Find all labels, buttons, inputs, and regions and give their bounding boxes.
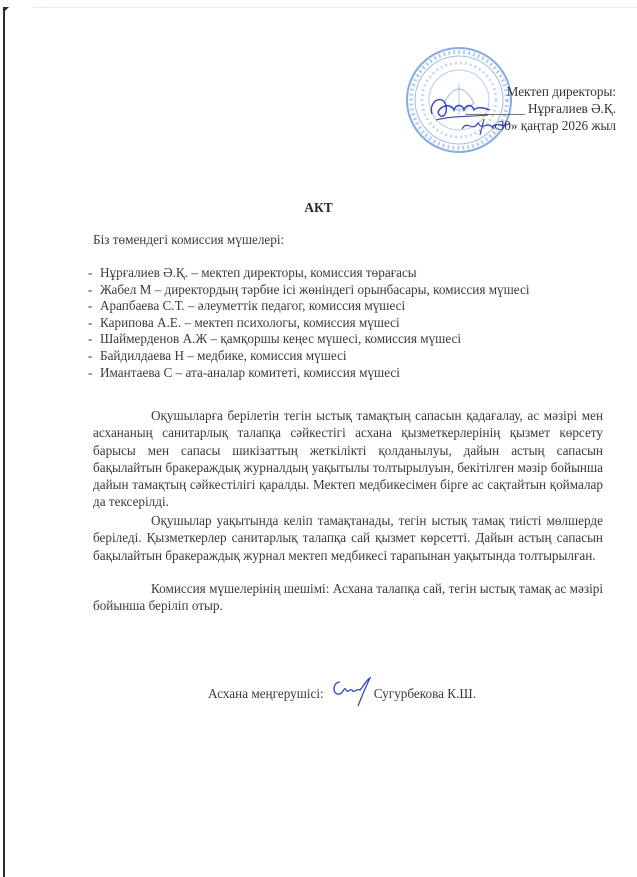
document-title: АКТ bbox=[0, 200, 637, 216]
member-item: -Нұрғалиев Ә.Қ. – мектеп директоры, коми… bbox=[88, 265, 530, 282]
scan-corner-mark bbox=[3, 7, 9, 13]
scan-top-edge bbox=[33, 7, 637, 8]
canteen-manager-signature-icon bbox=[330, 674, 376, 708]
member-item: -Имантаева С – ата-аналар комитеті, коми… bbox=[88, 365, 530, 382]
signoff-name: Сугурбекова К.Ш. bbox=[374, 686, 476, 701]
member-item: -Карипова А.Е. – мектеп психологы, комис… bbox=[88, 315, 530, 332]
date-handwriting-icon bbox=[460, 115, 520, 137]
scan-left-border bbox=[3, 7, 5, 877]
commission-intro: Біз төмендегі комиссия мүшелері: bbox=[93, 232, 284, 248]
commission-members-list: -Нұрғалиев Ә.Қ. – мектеп директоры, коми… bbox=[88, 265, 530, 381]
member-item: -Шаймерденов А.Ж – қамқоршы кеңес мүшесі… bbox=[88, 331, 530, 348]
member-item: -Арапбаева С.Т. – әлеуметтік педагог, ко… bbox=[88, 298, 530, 315]
member-item: -Байдилдаева Н – медбике, комиссия мүшес… bbox=[88, 348, 530, 365]
member-item: -Жабел М – директордың тәрбие ісі жөнінд… bbox=[88, 282, 530, 299]
signoff-role: Асхана меңгерушісі: bbox=[208, 686, 324, 701]
inspection-paragraph: Оқушыларға берілетін тегін ыстық тамақты… bbox=[93, 407, 603, 511]
decision-paragraph: Комиссия мүшелерінің шешімі: Асхана тала… bbox=[93, 580, 603, 615]
findings-paragraph: Оқушылар уақытында келіп тамақтанады, те… bbox=[93, 512, 603, 564]
